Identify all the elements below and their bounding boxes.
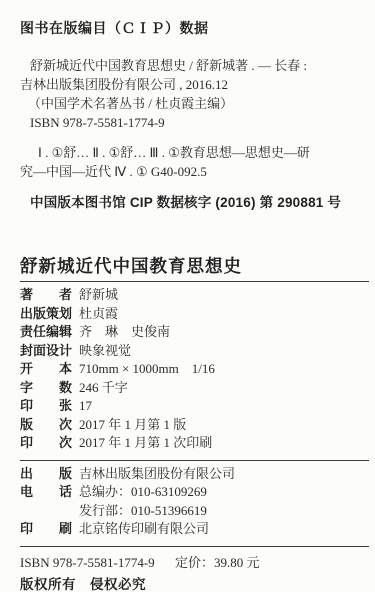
info-row-value: 2017 年 1 月第 1 次印刷 — [79, 434, 212, 453]
info-row-value: 齐 琳 史俊南 — [79, 323, 170, 342]
cip-class-line: 究—中国—近代 Ⅳ . ① G40-092.5 — [20, 162, 370, 181]
info-row-value: 舒新城 — [79, 286, 118, 305]
copyright-notice: 版权所有 侵权必究 — [20, 575, 370, 592]
info-row-label: 责任编辑 — [20, 323, 72, 342]
price: 定价：39.80 元 — [175, 553, 260, 572]
cip-series-line: （中国学术名著丛书 / 杜贞霞主编） — [20, 94, 370, 113]
book-title: 舒新城近代中国教育思想史 — [20, 256, 370, 277]
info-row-value: 246 千字 — [79, 379, 128, 398]
info-row-label: 印次 — [20, 434, 72, 453]
cip-entry: 舒新城近代中国教育思想史 / 舒新城著 . — 长春 : 吉林出版集团股份有限公… — [20, 56, 370, 132]
publish-row: 印刷 北京铭传印刷有限公司 — [20, 520, 370, 539]
publish-row: 电话 总编办：010-63109269 — [20, 483, 370, 502]
info-row: 开本 710mm × 1000mm 1/16 — [20, 360, 370, 379]
info-row: 著者 舒新城 — [20, 286, 370, 305]
info-row-label: 印张 — [20, 397, 72, 416]
cip-entry-line: 吉林出版集团股份有限公司 , 2016.12 — [20, 75, 370, 94]
info-row-label: 著者 — [20, 286, 72, 305]
info-row: 出版策划 杜贞霞 — [20, 305, 370, 324]
info-row-label: 开本 — [20, 360, 72, 379]
info-row-value: 17 — [79, 397, 92, 416]
info-row: 封面设计 映象视觉 — [20, 342, 370, 361]
info-row-label: 字数 — [20, 379, 72, 398]
publish-row-value: 发行部：010-51396619 — [79, 502, 207, 521]
info-row-label: 版次 — [20, 416, 72, 435]
info-row-value: 映象视觉 — [79, 342, 131, 361]
cip-record-number: 中国版本图书馆 CIP 数据核字 (2016) 第 290881 号 — [20, 195, 370, 210]
info-row: 印次 2017 年 1 月第 1 次印刷 — [20, 434, 370, 453]
isbn-number: ISBN 978-7-5581-1774-9 — [20, 553, 175, 572]
cip-class-line: Ⅰ . ①舒… Ⅱ . ①舒… Ⅲ . ①教育思想—思想史—研 — [20, 143, 370, 162]
info-row-label: 封面设计 — [20, 342, 72, 361]
copyright-page: 图书在版编目（ＣＩＰ）数据 舒新城近代中国教育思想史 / 舒新城著 . — 长春… — [0, 0, 375, 592]
publish-row-value: 北京铭传印刷有限公司 — [79, 520, 209, 539]
info-row-value: 杜贞霞 — [79, 305, 118, 324]
isbn-price-line: ISBN 978-7-5581-1774-9 定价：39.80 元 — [20, 553, 370, 572]
info-row: 字数 246 千字 — [20, 379, 370, 398]
cip-classification: Ⅰ . ①舒… Ⅱ . ①舒… Ⅲ . ①教育思想—思想史—研 究—中国—近代 … — [20, 143, 370, 181]
cip-block: 图书在版编目（ＣＩＰ）数据 舒新城近代中国教育思想史 / 舒新城著 . — 长春… — [20, 21, 370, 210]
info-row: 印张 17 — [20, 397, 370, 416]
cip-isbn-line: ISBN 978-7-5581-1774-9 — [20, 113, 370, 132]
footer: ISBN 978-7-5581-1774-9 定价：39.80 元 版权所有 侵… — [20, 547, 370, 592]
publish-row-label: 出版 — [20, 465, 72, 484]
info-row-value: 2017 年 1 月第 1 版 — [79, 416, 186, 435]
info-row: 责任编辑 齐 琳 史俊南 — [20, 323, 370, 342]
info-rows: 著者 舒新城 出版策划 杜贞霞 责任编辑 齐 琳 史俊南 封面设计 映象视觉 开… — [20, 282, 370, 456]
cip-header: 图书在版编目（ＣＩＰ）数据 — [20, 21, 370, 36]
publish-row: 出版 吉林出版集团股份有限公司 — [20, 465, 370, 484]
cip-entry-line: 舒新城近代中国教育思想史 / 舒新城著 . — 长春 : — [20, 56, 370, 75]
info-row-value: 710mm × 1000mm 1/16 — [79, 360, 215, 379]
publish-row-value: 总编办：010-63109269 — [79, 483, 207, 502]
publish-row: 发行部：010-51396619 — [20, 502, 370, 521]
publish-row-label: 印刷 — [20, 520, 72, 539]
publish-rows: 出版 吉林出版集团股份有限公司 电话 总编办：010-63109269 发行部：… — [20, 461, 370, 542]
publish-row-label: 电话 — [20, 483, 72, 502]
publish-row-value: 吉林出版集团股份有限公司 — [79, 465, 235, 484]
info-row: 版次 2017 年 1 月第 1 版 — [20, 416, 370, 435]
info-row-label: 出版策划 — [20, 305, 72, 324]
